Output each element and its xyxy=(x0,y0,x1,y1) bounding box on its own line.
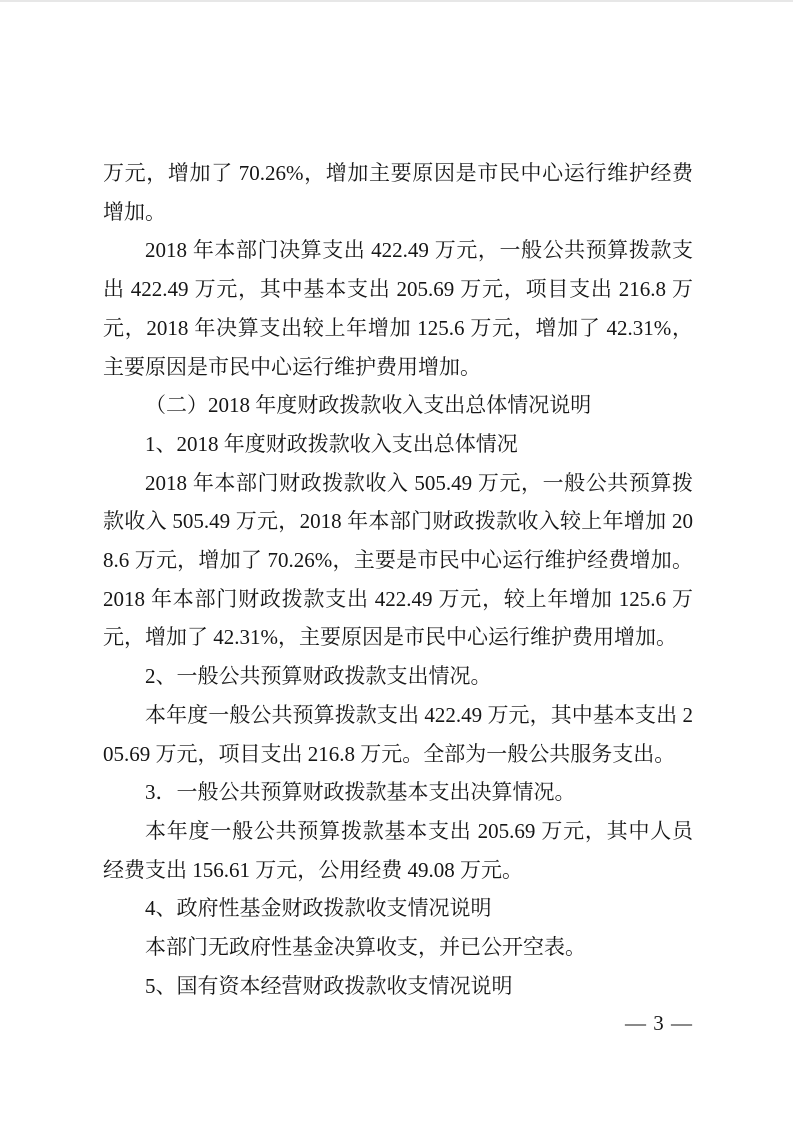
section-heading: （二）2018 年度财政拨款收入支出总体情况说明 xyxy=(103,386,693,425)
paragraph-continuation: 万元，增加了 70.26%，增加主要原因是市民中心运行维护经费增加。 xyxy=(103,154,693,231)
paragraph: 本部门无政府性基金决算收支，并已公开空表。 xyxy=(103,928,693,967)
page-number: — 3 — xyxy=(625,1008,693,1038)
document-page: 万元，增加了 70.26%，增加主要原因是市民中心运行维护经费增加。 2018 … xyxy=(0,0,793,1122)
subsection-heading: 5、国有资本经营财政拨款收支情况说明 xyxy=(103,967,693,1006)
paragraph: 本年度一般公共预算拨款基本支出 205.69 万元，其中人员经费支出 156.6… xyxy=(103,812,693,889)
subsection-heading: 1、2018 年度财政拨款收入支出总体情况 xyxy=(103,425,693,464)
subsection-heading: 4、政府性基金财政拨款收支情况说明 xyxy=(103,889,693,928)
paragraph: 2018 年本部门决算支出 422.49 万元，一般公共预算拨款支出 422.4… xyxy=(103,231,693,386)
paragraph: 本年度一般公共预算拨款支出 422.49 万元，其中基本支出 205.69 万元… xyxy=(103,696,693,773)
paragraph: 2018 年本部门财政拨款收入 505.49 万元，一般公共预算拨款收入 505… xyxy=(103,464,693,658)
scan-edge-artifact xyxy=(0,0,793,2)
subsection-heading: 3．一般公共预算财政拨款基本支出决算情况。 xyxy=(103,773,693,812)
subsection-heading: 2、一般公共预算财政拨款支出情况。 xyxy=(103,657,693,696)
document-body: 万元，增加了 70.26%，增加主要原因是市民中心运行维护经费增加。 2018 … xyxy=(103,154,693,1005)
